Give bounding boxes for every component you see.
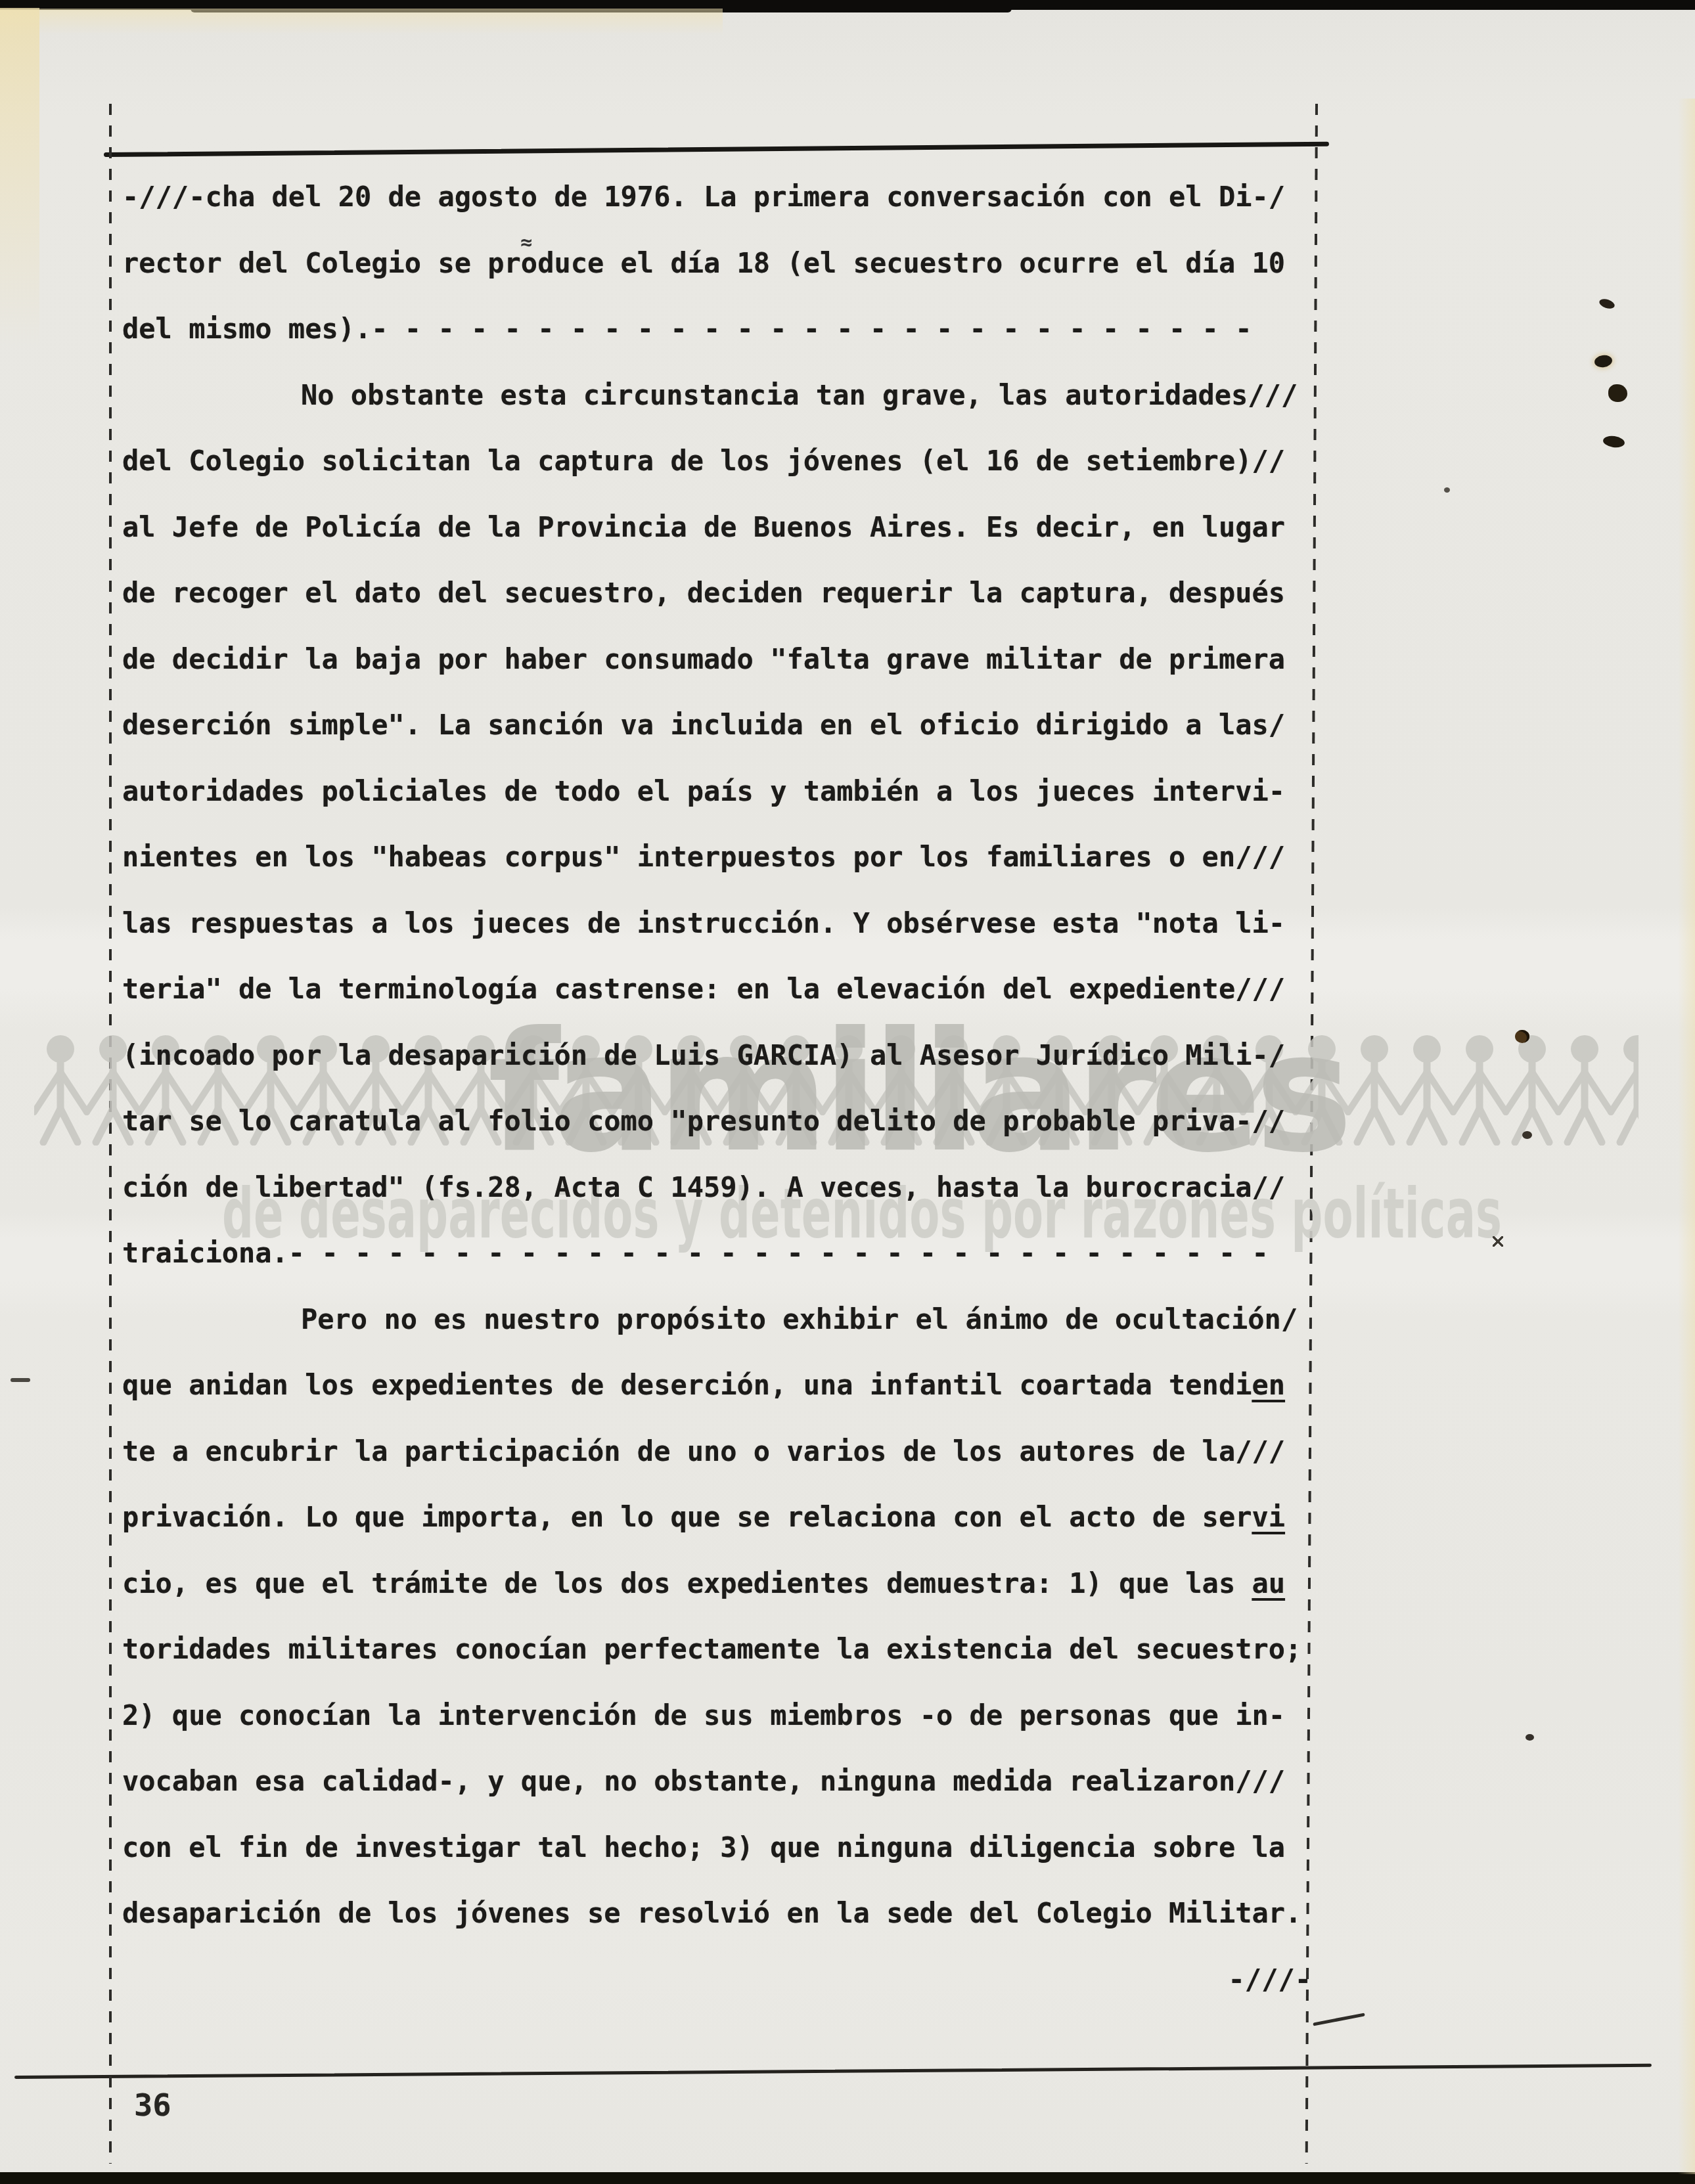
foxing-spot (1522, 1131, 1532, 1139)
scan-edge-bottom (0, 2172, 1695, 2184)
pencil-tick-right (1313, 2013, 1365, 2026)
continuation-mark-end: -///- (122, 1947, 1311, 2013)
foxing-spot (1594, 354, 1613, 368)
ink-speck-x (1493, 1236, 1503, 1247)
text-line: tar se lo caratula al folio como "presun… (122, 1088, 1324, 1155)
foxing-spot (1602, 435, 1625, 449)
foxing-spot (1608, 384, 1627, 402)
text-line: del Colegio solicitan la captura de los … (122, 428, 1324, 495)
text-line: autoridades policiales de todo el país y… (122, 759, 1324, 825)
scanned-document-page: familiares de desaparecidos y detenidos … (0, 0, 1695, 2184)
text-line: privación. Lo que importa, en lo que se … (122, 1484, 1324, 1551)
text-line: desaparición de los jóvenes se resolvió … (122, 1881, 1324, 1947)
text-line: deserción simple". La sanción va incluid… (122, 692, 1324, 759)
text-line: -///-cha del 20 de agosto de 1976. La pr… (122, 164, 1324, 231)
text-line: 2) que conocían la intervención de sus m… (122, 1683, 1324, 1749)
ink-speck (1444, 487, 1450, 493)
paper-edge-right (1678, 99, 1695, 2174)
text-line: (incoado por la desaparición de Luis GAR… (122, 1023, 1324, 1089)
text-line: de decidir la baja por haber consumado "… (122, 627, 1324, 693)
text-line: cio, es que el trámite de los dos expedi… (122, 1551, 1324, 1617)
text-line: No obstante esta circunstancia tan grave… (122, 363, 1324, 429)
text-line: traiciona.- - - - - - - - - - - - - - - … (122, 1220, 1324, 1287)
text-line: toridades militares conocían perfectamen… (122, 1616, 1324, 1683)
text-line: te a encubrir la participación de uno o … (122, 1419, 1324, 1485)
text-line: teria" de la terminología castrense: en … (122, 956, 1324, 1023)
text-line: vocaban esa calidad-, y que, no obstante… (122, 1749, 1324, 1815)
text-line: Pero no es nuestro propósito exhibir el … (122, 1287, 1324, 1353)
text-line: rector del Colegio se produce el día 18 … (122, 231, 1324, 297)
foxing-spot (1598, 298, 1616, 311)
text-line: nientes en los "habeas corpus" interpues… (122, 824, 1324, 891)
page-number: 36 (134, 2087, 171, 2124)
foxing-spot (1515, 1030, 1529, 1043)
typewriter-artifact-mark: ≈ (520, 231, 532, 254)
paper-edge-top (0, 9, 723, 35)
pencil-rule-bottom (14, 2064, 1652, 2079)
pencil-rule-top (104, 142, 1329, 157)
ink-speck (1525, 1734, 1534, 1741)
text-line: del mismo mes).- - - - - - - - - - - - -… (122, 296, 1324, 363)
text-line: al Jefe de Policía de la Provincia de Bu… (122, 495, 1324, 561)
text-line: las respuestas a los jueces de instrucci… (122, 891, 1324, 957)
paper-edge-left (0, 8, 39, 349)
text-line: de recoger el dato del secuestro, decide… (122, 560, 1324, 627)
ink-speck (11, 1378, 30, 1382)
text-line: con el fin de investigar tal hecho; 3) q… (122, 1815, 1324, 1881)
text-line: ción de libertad" (fs.28, Acta C 1459). … (122, 1155, 1324, 1221)
text-line: que anidan los expedientes de deserción,… (122, 1352, 1324, 1419)
typewritten-text-block: -///-cha del 20 de agosto de 1976. La pr… (122, 164, 1324, 1947)
